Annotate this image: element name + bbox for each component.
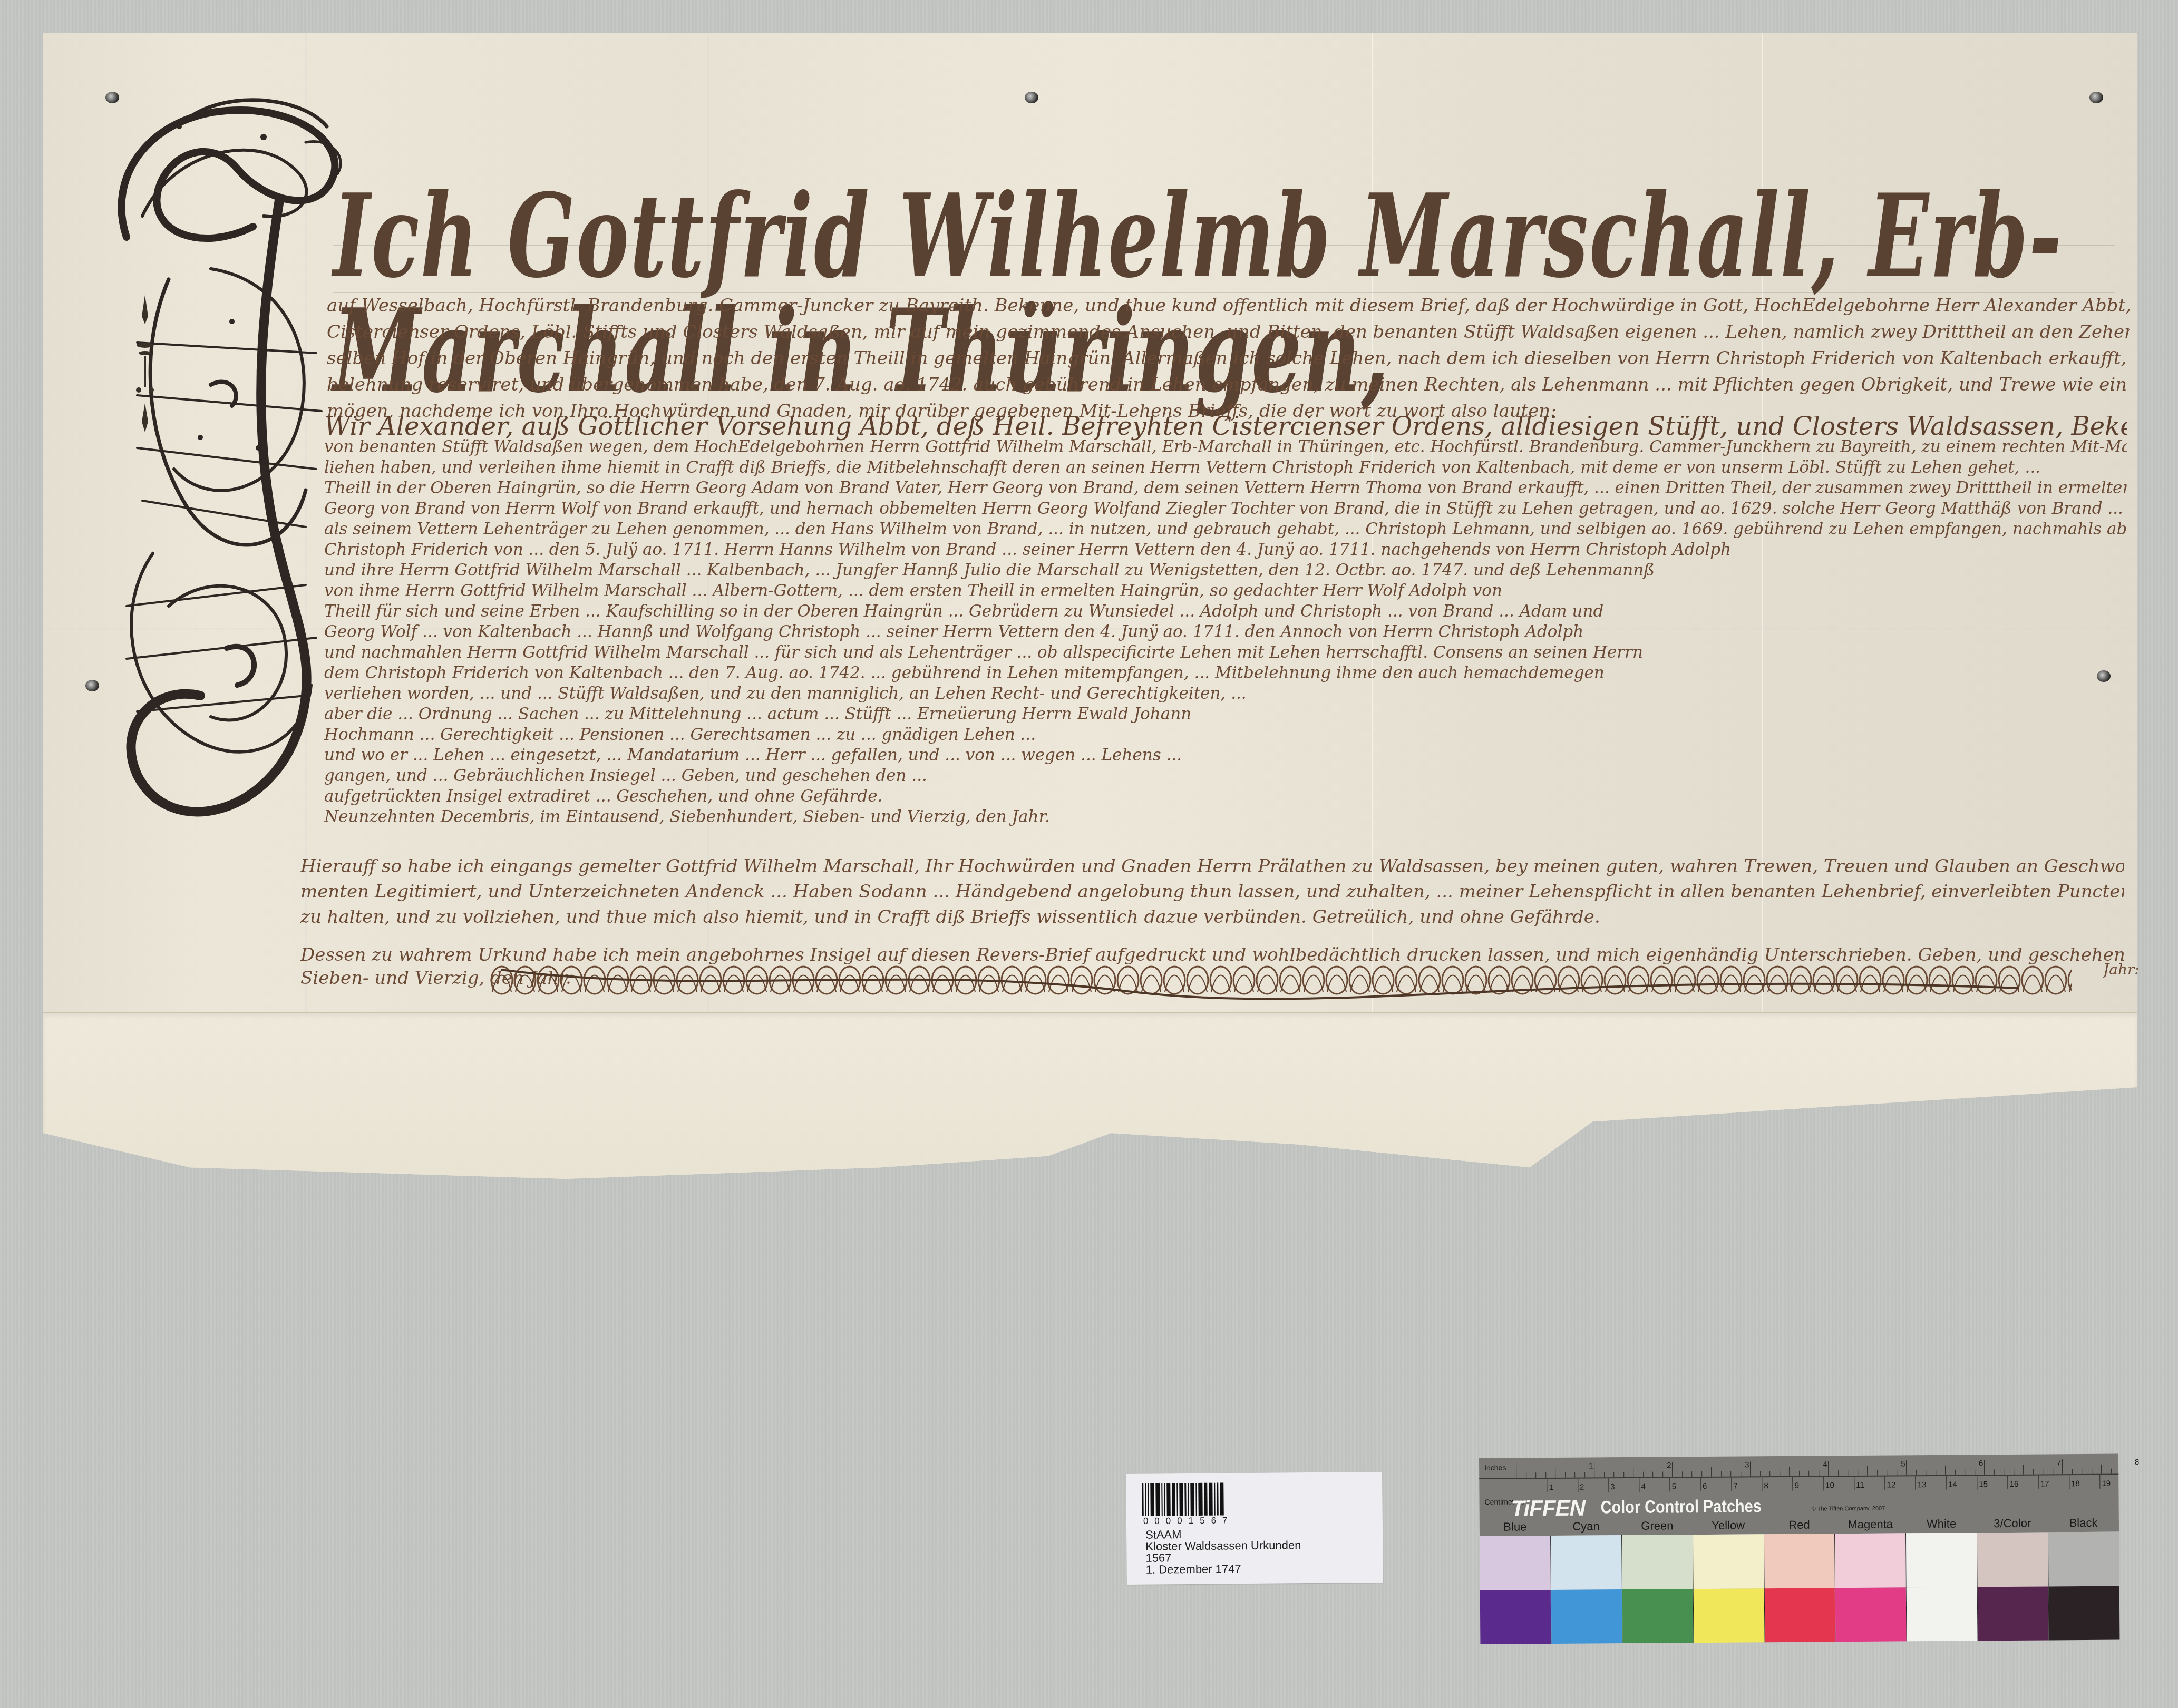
chart-title: Color Control Patches xyxy=(1601,1496,1762,1518)
chart-header: Inches 12345678 123456789101112131415161… xyxy=(1479,1454,2119,1536)
text-line: Theill in der Oberen Haingrün, so die He… xyxy=(324,478,2127,499)
ruler-tick xyxy=(1731,1478,1732,1491)
color-patch-green xyxy=(1622,1535,1694,1643)
hole-icon xyxy=(1025,92,1038,103)
ruler-tick xyxy=(1594,1462,1594,1477)
patch-label: Yellow xyxy=(1693,1518,1764,1533)
text-line: auf Wesselbach, Hochfürstl. Brandenburg.… xyxy=(327,292,2130,319)
color-control-chart: Inches 12345678 123456789101112131415161… xyxy=(1479,1454,2119,1645)
charter-paragraph: Wir Alexander, auß Göttlicher Vorsehung … xyxy=(324,416,2127,833)
ruler-tick xyxy=(1926,1470,1926,1475)
ruler-tick xyxy=(1700,1478,1701,1491)
ruler-tick xyxy=(2101,1465,2102,1474)
text-line: Georg von Brand von Herrn Wolf von Brand… xyxy=(324,499,2127,519)
ruler-tick xyxy=(2069,1475,2069,1489)
cm-tick-label: 1 xyxy=(1549,1483,1553,1492)
text-line: zu halten, und zu vollziehen, und thue m… xyxy=(300,904,2124,930)
text-line: von benanten Stüfft Waldsaßen wegen, dem… xyxy=(324,437,2127,457)
cm-tick-label: 7 xyxy=(1733,1482,1737,1491)
ruler-tick xyxy=(1799,1471,1800,1476)
cm-tick-label: 4 xyxy=(1641,1482,1645,1491)
color-patch-white xyxy=(1906,1533,1978,1641)
ruler-tick xyxy=(1516,1463,1516,1478)
ruler-tick xyxy=(1984,1460,1985,1475)
oath-paragraph: Hierauff so habe ich eingangs gemelter G… xyxy=(300,854,2124,938)
label-date: 1. Dezember 1747 xyxy=(1146,1563,1301,1576)
text-line: gangen, und ... Gebräuchlichen Insiegel … xyxy=(324,766,2127,786)
ruler-tick xyxy=(1760,1471,1761,1476)
patch-label: Green xyxy=(1621,1519,1693,1533)
text-line: Neunzehnten Decembris, im Eintausend, Si… xyxy=(324,807,2127,827)
patch-label: 3/Color xyxy=(1977,1516,2048,1530)
cm-tick-label: 6 xyxy=(1703,1482,1707,1491)
ruler-tick xyxy=(1730,1471,1731,1477)
text-line: und ihre Herrn Gottfrid Wilhelm Marschal… xyxy=(324,560,2127,581)
inch-tick-label: 1 xyxy=(1589,1461,1593,1470)
hole-icon xyxy=(2089,92,2103,103)
ruler-tick xyxy=(1547,1479,1548,1492)
ruler-tick xyxy=(1975,1469,1975,1475)
intro-paragraph: auf Wesselbach, Hochfürstl. Brandenburg.… xyxy=(327,292,2130,435)
ruler-tick xyxy=(1584,1472,1585,1478)
color-patch-magenta xyxy=(1835,1533,1907,1642)
patch-label: Red xyxy=(1764,1518,1835,1532)
ruler-tick xyxy=(1762,1477,1762,1491)
patch-dark xyxy=(1622,1589,1694,1643)
patch-label: Blue xyxy=(1480,1520,1551,1534)
cm-tick-label: 14 xyxy=(1948,1480,1957,1489)
patch-dark xyxy=(1480,1590,1551,1644)
cm-tick-label: 3 xyxy=(1610,1482,1615,1491)
text-line: belehnung reserviret, und übergenommen h… xyxy=(327,372,2130,398)
cm-tick-label: 9 xyxy=(1795,1481,1799,1490)
cm-tick-label: 5 xyxy=(1672,1482,1676,1491)
ruler-tick xyxy=(1613,1472,1614,1477)
patch-dark xyxy=(1978,1586,2049,1641)
ruler-tick xyxy=(1946,1476,1947,1490)
patch-light xyxy=(2048,1532,2119,1586)
ruler-tick xyxy=(1623,1472,1624,1477)
ruler-tick xyxy=(1633,1468,1634,1477)
fleuron-ornament-icon xyxy=(134,295,155,432)
patch-light xyxy=(1622,1535,1693,1589)
text-line: verliehen worden, ... und ... Stüfft Wal… xyxy=(324,684,2127,704)
ruler-tick xyxy=(2053,1469,2053,1474)
ruler-tick xyxy=(1887,1470,1887,1476)
ruler-tick xyxy=(2004,1469,2004,1475)
ruler-tick xyxy=(2033,1469,2034,1475)
inch-tick-label: 7 xyxy=(2057,1458,2061,1467)
ruler-tick xyxy=(1906,1460,1907,1475)
ruler-tick xyxy=(1808,1471,1809,1476)
ruler-tick xyxy=(1578,1479,1578,1492)
hole-icon xyxy=(85,680,99,691)
ruler-tick xyxy=(1877,1470,1878,1476)
ruler-tick xyxy=(1965,1470,1965,1475)
ruler-tick xyxy=(1526,1472,1526,1478)
ruler-tick xyxy=(1819,1471,1819,1476)
ruler-tick xyxy=(1884,1477,1885,1490)
text-line: dem Christoph Friderich von Kaltenbach .… xyxy=(324,663,2127,684)
color-patch-black xyxy=(2048,1532,2119,1641)
color-patch-blue xyxy=(1480,1536,1551,1644)
color-patch-yellow xyxy=(1693,1534,1765,1643)
ruler-tick xyxy=(2099,1475,2100,1489)
ruler-tick xyxy=(1955,1470,1956,1475)
inch-tick-label: 3 xyxy=(1745,1460,1749,1469)
color-patches xyxy=(1480,1532,2119,1644)
text-line: Wir Alexander, auß Göttlicher Vorsehung … xyxy=(324,416,2127,437)
inch-tick-label: 6 xyxy=(1979,1459,1983,1468)
ruler-tick xyxy=(1672,1462,1673,1477)
ruler-tick xyxy=(1936,1470,1936,1475)
cm-tick-label: 15 xyxy=(1979,1480,1988,1489)
plica-fold xyxy=(43,1012,2137,1179)
patch-dark xyxy=(1693,1588,1764,1643)
barcode-icon xyxy=(1142,1482,1242,1516)
patch-label: White xyxy=(1905,1517,1977,1531)
patch-light xyxy=(1693,1534,1764,1588)
ruler-tick xyxy=(2038,1476,2039,1489)
ruler-tick xyxy=(1848,1470,1848,1476)
ruler-tick xyxy=(1977,1476,1977,1489)
ruler-tick xyxy=(1565,1472,1566,1478)
patch-dark xyxy=(1907,1587,1978,1641)
barcode-number: 00001567 xyxy=(1143,1515,1234,1526)
text-line: menten Legitimiert, und Unterzeichneten … xyxy=(300,879,2124,904)
ruler-tick xyxy=(1780,1471,1780,1476)
patch-light xyxy=(1977,1532,2048,1586)
ruler-tick xyxy=(1994,1469,1995,1475)
ruler-tick xyxy=(1682,1471,1683,1477)
ruler-tick xyxy=(1555,1468,1555,1478)
text-line: aufgetrückten Insigel extradiret ... Ges… xyxy=(324,786,2127,807)
ruler-tick xyxy=(1916,1476,1916,1490)
text-line: von ihme Herrn Gottfrid Wilhelm Marschal… xyxy=(324,581,2127,601)
text-line: Cistercienser Ordens, Löbl. Stiffts und … xyxy=(327,319,2130,345)
cm-tick-label: 10 xyxy=(1825,1481,1834,1490)
inch-tick-label: 4 xyxy=(1823,1460,1827,1469)
ruler-tick xyxy=(1828,1461,1829,1476)
cm-tick-label: 16 xyxy=(2010,1480,2019,1489)
ruler-tick xyxy=(2014,1469,2014,1475)
ruler-tick xyxy=(2092,1469,2092,1474)
ruler-tick xyxy=(1838,1470,1839,1476)
inch-tick-label: 8 xyxy=(2135,1458,2139,1467)
ruler-tick xyxy=(1945,1466,1946,1475)
label-collection: Kloster Waldsassen Urkunden xyxy=(1145,1539,1301,1553)
text-line: und nachmahlen Herrn Gottfrid Wilhelm Ma… xyxy=(324,642,2127,663)
color-patch-red xyxy=(1764,1534,1836,1642)
text-line: und wo er ... Lehen ... eingesetzt, ... … xyxy=(324,745,2127,766)
patch-light xyxy=(1480,1536,1551,1590)
chart-copyright: © The Tiffen Company, 2007 xyxy=(1812,1506,1885,1512)
patch-light xyxy=(1551,1535,1622,1589)
patch-dark xyxy=(1835,1587,1907,1642)
ruler-tick xyxy=(2082,1469,2082,1474)
ruler-tick xyxy=(1545,1472,1546,1478)
color-patch-3-color xyxy=(1977,1532,2049,1641)
cm-tick-label: 18 xyxy=(2071,1479,2080,1488)
ruler-tick xyxy=(1916,1470,1917,1475)
ruler-tick xyxy=(1858,1470,1858,1476)
ruler-tick xyxy=(1662,1472,1663,1477)
ruler-tick xyxy=(1643,1472,1644,1477)
ruler-tick xyxy=(1701,1471,1702,1477)
ruler-tick xyxy=(1750,1461,1751,1476)
patch-light xyxy=(1906,1533,1977,1587)
ruler-tick xyxy=(1897,1470,1897,1475)
ruler-tick xyxy=(1608,1478,1609,1492)
ruler-tick xyxy=(2072,1469,2073,1474)
patch-dark xyxy=(1764,1588,1835,1642)
ruler-tick xyxy=(2043,1469,2043,1475)
ruler-tick xyxy=(1854,1477,1854,1490)
patch-light xyxy=(1764,1534,1835,1588)
ruler-tick xyxy=(1789,1467,1790,1476)
text-line: aber die ... Ordnung ... Sachen ... zu M… xyxy=(324,704,2127,725)
patch-light xyxy=(1835,1533,1906,1587)
cm-tick-label: 13 xyxy=(1918,1480,1927,1489)
ruler-tick xyxy=(1867,1466,1868,1476)
ruler-tick xyxy=(1793,1477,1793,1491)
archive-label: 00001567 StAAM Kloster Waldsassen Urkund… xyxy=(1126,1472,1383,1585)
ruler-tick xyxy=(1639,1478,1639,1492)
decorative-initial-icon xyxy=(105,79,348,854)
ruler-tick xyxy=(1604,1472,1605,1477)
patch-dark xyxy=(1551,1589,1622,1644)
ruler-tick xyxy=(1741,1471,1741,1477)
text-line: Hierauff so habe ich eingangs gemelter G… xyxy=(300,854,2124,879)
text-line: Georg Wolf ... von Kaltenbach ... Hannß … xyxy=(324,622,2127,642)
patch-dark xyxy=(2049,1586,2120,1640)
signature-mark: Jahr: 40 xyxy=(2103,957,2140,988)
ruler-tick xyxy=(2008,1476,2008,1489)
cm-tick-label: 12 xyxy=(1887,1480,1896,1489)
ruler-tick xyxy=(2111,1469,2112,1474)
cm-tick-label: 11 xyxy=(1856,1481,1864,1490)
ruler-tick xyxy=(2062,1459,2063,1474)
cm-tick-label: 19 xyxy=(2102,1479,2111,1488)
ruler-tick xyxy=(1652,1472,1653,1477)
ruler-tick xyxy=(1769,1471,1770,1476)
text-line: Hochmann ... Gerechtigkeit ... Pensionen… xyxy=(324,725,2127,745)
text-line: selben Hof in der Oberen Haingrün, und n… xyxy=(327,345,2130,372)
ruler-tick xyxy=(1670,1478,1670,1491)
ruler-tick xyxy=(1823,1477,1824,1490)
ruler-tick xyxy=(1721,1471,1722,1477)
chain-flourish-icon xyxy=(490,959,2114,1001)
ruler-tick xyxy=(1691,1471,1692,1477)
inch-tick-label: 2 xyxy=(1667,1461,1671,1470)
patch-label: Black xyxy=(2048,1516,2119,1530)
text-line: als seinem Vettern Lehenträger zu Lehen … xyxy=(324,519,2127,540)
color-patch-cyan xyxy=(1551,1535,1622,1644)
ruler-tick xyxy=(2023,1465,2024,1475)
ruler-tick xyxy=(1711,1467,1712,1477)
ruler-tick xyxy=(1574,1472,1575,1478)
brand-logo: TiFFEN xyxy=(1511,1496,1586,1521)
cm-tick-label: 2 xyxy=(1580,1483,1584,1492)
cm-tick-label: 8 xyxy=(1764,1481,1768,1490)
cm-tick-label: 17 xyxy=(2040,1479,2049,1488)
text-line: Christoph Friderich von ... den 5. Julÿ … xyxy=(324,540,2127,560)
patch-label: Magenta xyxy=(1835,1517,1906,1531)
text-line: liehen haben, und verleihen ihme hiemit … xyxy=(324,457,2127,478)
inch-tick-label: 5 xyxy=(1901,1459,1905,1468)
text-line: Theill für sich und seine Erben ... Kauf… xyxy=(324,601,2127,622)
ruler-tick xyxy=(1535,1472,1536,1478)
patch-label: Cyan xyxy=(1551,1519,1622,1534)
